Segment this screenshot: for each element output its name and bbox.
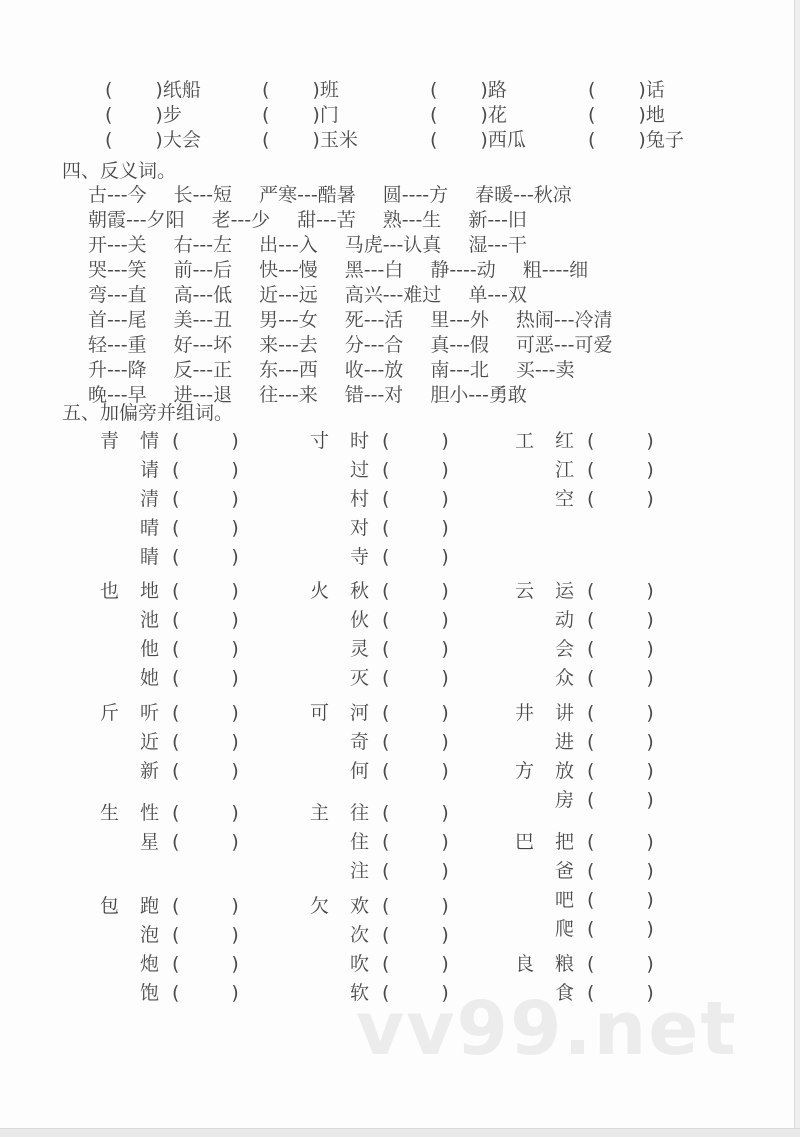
paren-open: ( [587, 887, 594, 916]
paren-close: ) [638, 129, 645, 151]
derived-char: 地 [140, 578, 172, 607]
radical-char [310, 607, 350, 636]
answer-blank [179, 607, 231, 636]
paren-open: ( [382, 486, 389, 515]
paren-open: ( [382, 951, 389, 980]
radical-group-row: 井讲() [515, 700, 654, 729]
paren-open: ( [382, 665, 389, 694]
blank-word: 班 [320, 79, 339, 101]
radical-group-row: 进() [515, 729, 654, 758]
antonym-pair: 马虎---认真 [345, 233, 442, 258]
derived-char: 注 [350, 858, 382, 887]
fill-blank-cell: ()纸船 [105, 78, 262, 103]
paren-close: ) [155, 79, 162, 101]
antonym-row: 首---尾美---丑男---女死---活里---外热闹---冷清 [88, 308, 778, 333]
derived-char: 对 [350, 515, 382, 544]
answer-blank [179, 578, 231, 607]
paren-open: ( [587, 700, 594, 729]
paren-open: ( [430, 79, 437, 101]
antonym-pair: 买---卖 [516, 358, 575, 383]
paren-open: ( [587, 829, 594, 858]
radical-char [515, 729, 555, 758]
radical-group-row: 吹() [310, 951, 449, 980]
radical-group-row: 工红() [515, 428, 654, 457]
radical-group: 火秋()伙()灵()灭() [310, 578, 449, 694]
paren-close: ) [646, 665, 653, 694]
paren-close: ) [480, 79, 487, 101]
derived-char: 动 [555, 607, 587, 636]
paren-open: ( [105, 104, 112, 126]
radical-char [310, 665, 350, 694]
blank-word: 兔子 [646, 129, 684, 151]
fill-blank-row: ()大会()玉米()西瓜()兔子 [105, 128, 765, 153]
paren-open: ( [587, 787, 594, 816]
derived-char: 近 [140, 729, 172, 758]
radical-char: 欠 [310, 893, 350, 922]
radical-char [515, 486, 555, 515]
fill-blank-cell: ()大会 [105, 128, 262, 153]
paren-close: ) [646, 607, 653, 636]
answer-blank [594, 758, 646, 787]
derived-char: 进 [555, 729, 587, 758]
radical-char: 方 [515, 758, 555, 787]
radical-char [515, 916, 555, 945]
derived-char: 炮 [140, 951, 172, 980]
answer-blank [594, 486, 646, 515]
radical-group-row: 房() [515, 787, 654, 816]
radical-group-row: 灭() [310, 665, 449, 694]
paren-open: ( [172, 729, 179, 758]
paren-open: ( [105, 129, 112, 151]
paren-close: ) [646, 887, 653, 916]
paren-close: ) [646, 758, 653, 787]
paren-open: ( [430, 129, 437, 151]
paren-close: ) [646, 916, 653, 945]
radical-char [100, 758, 140, 787]
antonym-pair: 新---旧 [468, 208, 527, 233]
radical-column-2: 寸时()过()村()对()寺()火秋()伙()灵()灭()可河()奇()何()主… [310, 428, 449, 1009]
radical-group-row: 众() [515, 665, 654, 694]
fill-blank-cell: ()兔子 [588, 128, 765, 153]
paren-close: ) [441, 951, 448, 980]
antonym-pair: 高---低 [174, 283, 233, 308]
radical-char [100, 922, 140, 951]
answer-blank [179, 457, 231, 486]
radical-group-row: 爬() [515, 916, 654, 945]
paren-open: ( [382, 922, 389, 951]
fill-blank-row: ()纸船()班()路()话 [105, 78, 765, 103]
scan-bottom-edge [0, 1128, 800, 1137]
radical-char [100, 515, 140, 544]
radical-char: 火 [310, 578, 350, 607]
radical-group: 寸时()过()村()对()寺() [310, 428, 449, 573]
answer-blank [179, 893, 231, 922]
answer-blank [179, 700, 231, 729]
answer-blank [594, 607, 646, 636]
paren-close: ) [231, 800, 238, 829]
radical-char [100, 665, 140, 694]
fill-blank-row: ()步()门()花()地 [105, 103, 765, 128]
radical-group-row: 火秋() [310, 578, 449, 607]
answer-blank [389, 486, 441, 515]
paren-close: ) [312, 79, 319, 101]
antonym-row: 朝霞---夕阳老---少甜---苦熟---生新---旧 [88, 208, 778, 233]
paren-close: ) [231, 544, 238, 573]
derived-char: 讲 [555, 700, 587, 729]
paren-close: ) [231, 428, 238, 457]
paren-open: ( [172, 457, 179, 486]
derived-char: 房 [555, 787, 587, 816]
answer-blank [389, 729, 441, 758]
paren-open: ( [172, 428, 179, 457]
paren-close: ) [155, 129, 162, 151]
fill-blank-cell: ()西瓜 [430, 128, 588, 153]
antonym-pair: 升---降 [88, 358, 147, 383]
paren-open: ( [382, 729, 389, 758]
derived-char: 河 [350, 700, 382, 729]
derived-char: 灭 [350, 665, 382, 694]
antonym-pair: 快---慢 [259, 258, 318, 283]
radical-group-row: 次() [310, 922, 449, 951]
radical-group-row: 睛() [100, 544, 239, 573]
radical-char [100, 607, 140, 636]
paren-open: ( [382, 607, 389, 636]
blank-word: 路 [488, 79, 507, 101]
fill-blank-section: ()纸船()班()路()话()步()门()花()地()大会()玉米()西瓜()兔… [105, 78, 765, 153]
radical-group-row: 池() [100, 607, 239, 636]
paren-open: ( [382, 858, 389, 887]
paren-close: ) [155, 104, 162, 126]
paren-open: ( [587, 636, 594, 665]
blank-word: 西瓜 [488, 129, 526, 151]
blank-word: 纸船 [163, 79, 201, 101]
antonym-pair: 黑---白 [345, 258, 404, 283]
radical-group: 方放()房() [515, 758, 654, 816]
fill-blank-cell: ()班 [262, 78, 430, 103]
antonym-pair: 甜---苦 [297, 208, 356, 233]
paren-open: ( [587, 916, 594, 945]
radical-char [310, 858, 350, 887]
antonym-pair: 男---女 [259, 308, 318, 333]
paren-open: ( [262, 79, 269, 101]
radical-char [310, 515, 350, 544]
answer-blank [179, 544, 231, 573]
derived-char: 往 [350, 800, 382, 829]
antonym-pair: 首---尾 [88, 308, 147, 333]
radical-group-row: 吧() [515, 887, 654, 916]
derived-char: 秋 [350, 578, 382, 607]
answer-blank [389, 515, 441, 544]
paren-close: ) [231, 922, 238, 951]
antonym-pair: 哭---笑 [88, 258, 147, 283]
derived-char: 清 [140, 486, 172, 515]
paren-close: ) [231, 457, 238, 486]
paren-close: ) [441, 893, 448, 922]
paren-close: ) [231, 980, 238, 1009]
answer-blank [594, 887, 646, 916]
paren-open: ( [262, 129, 269, 151]
paren-open: ( [588, 104, 595, 126]
paren-close: ) [638, 104, 645, 126]
paren-open: ( [382, 578, 389, 607]
paren-open: ( [587, 758, 594, 787]
radical-group-row: 也地() [100, 578, 239, 607]
paren-open: ( [172, 800, 179, 829]
answer-blank [179, 636, 231, 665]
radical-char [100, 951, 140, 980]
radical-char [100, 486, 140, 515]
radical-group-row: 泡() [100, 922, 239, 951]
paren-close: ) [441, 800, 448, 829]
paren-open: ( [587, 428, 594, 457]
antonyms-section: 古---今长---短严寒---酷暑圆----方春暖---秋凉朝霞---夕阳老--… [88, 183, 778, 408]
paren-open: ( [172, 700, 179, 729]
antonym-pair: 严寒---酷暑 [259, 183, 356, 208]
derived-char: 她 [140, 665, 172, 694]
derived-char: 奇 [350, 729, 382, 758]
blank-word: 大会 [163, 129, 201, 151]
radical-char [515, 665, 555, 694]
paren-close: ) [231, 636, 238, 665]
paren-open: ( [172, 544, 179, 573]
paren-open: ( [430, 104, 437, 126]
antonym-row: 开---关右---左出---入马虎---认真湿---干 [88, 233, 778, 258]
answer-blank [389, 700, 441, 729]
antonym-row: 古---今长---短严寒---酷暑圆----方春暖---秋凉 [88, 183, 778, 208]
paren-close: ) [231, 486, 238, 515]
antonym-pair: 分---合 [345, 333, 404, 358]
derived-char: 伙 [350, 607, 382, 636]
paren-close: ) [480, 104, 487, 126]
antonym-pair: 静----动 [430, 258, 495, 283]
blank-word: 玉米 [320, 129, 358, 151]
answer-blank [594, 787, 646, 816]
radical-char: 工 [515, 428, 555, 457]
antonym-pair: 胆小---勇敢 [430, 383, 527, 408]
paren-open: ( [172, 578, 179, 607]
paren-open: ( [172, 486, 179, 515]
paren-open: ( [382, 893, 389, 922]
radical-group-row: 炮() [100, 951, 239, 980]
fill-blank-cell: ()话 [588, 78, 765, 103]
antonym-pair: 来---去 [259, 333, 318, 358]
radical-group-row: 空() [515, 486, 654, 515]
answer-blank [594, 858, 646, 887]
fill-blank-cell: ()步 [105, 103, 262, 128]
radical-char: 生 [100, 800, 140, 829]
paren-close: ) [646, 951, 653, 980]
answer-blank [594, 428, 646, 457]
paren-open: ( [587, 607, 594, 636]
answer-blank [179, 486, 231, 515]
radical-group-row: 方放() [515, 758, 654, 787]
derived-char: 众 [555, 665, 587, 694]
antonym-pair: 春暖---秋凉 [475, 183, 572, 208]
paren-open: ( [382, 800, 389, 829]
radical-group-row: 爸() [515, 858, 654, 887]
answer-blank [594, 700, 646, 729]
paren-close: ) [441, 607, 448, 636]
radical-group-row: 晴() [100, 515, 239, 544]
paren-close: ) [231, 700, 238, 729]
answer-blank [179, 428, 231, 457]
radical-char: 青 [100, 428, 140, 457]
answer-blank [594, 829, 646, 858]
answer-blank [594, 951, 646, 980]
paren-close: ) [646, 787, 653, 816]
antonym-pair: 热闹---冷清 [516, 308, 613, 333]
radical-char [310, 486, 350, 515]
radical-group-row: 主往() [310, 800, 449, 829]
antonym-pair: 长---短 [174, 183, 233, 208]
answer-blank [594, 916, 646, 945]
answer-blank [389, 829, 441, 858]
paren-open: ( [382, 758, 389, 787]
paren-close: ) [441, 858, 448, 887]
paren-close: ) [441, 829, 448, 858]
radical-char [100, 980, 140, 1009]
radical-group-row: 青情() [100, 428, 239, 457]
radical-char: 斤 [100, 700, 140, 729]
watermark: vv99.net [356, 986, 738, 1072]
antonym-pair: 收---放 [345, 358, 404, 383]
blank-word: 门 [320, 104, 339, 126]
radical-group-row: 寸时() [310, 428, 449, 457]
paren-close: ) [638, 79, 645, 101]
paren-open: ( [172, 893, 179, 922]
antonym-row: 弯---直高---低近---远高兴---难过单---双 [88, 283, 778, 308]
paren-open: ( [105, 79, 112, 101]
answer-blank [179, 829, 231, 858]
radical-group-row: 动() [515, 607, 654, 636]
radical-char [515, 457, 555, 486]
fill-blank-cell: ()门 [262, 103, 430, 128]
radical-char [310, 457, 350, 486]
answer-blank [389, 607, 441, 636]
paren-close: ) [646, 428, 653, 457]
paren-open: ( [172, 515, 179, 544]
antonym-pair: 粗----细 [523, 258, 588, 283]
radical-char [310, 636, 350, 665]
antonym-pair: 弯---直 [88, 283, 147, 308]
answer-blank [179, 922, 231, 951]
radical-group-row: 住() [310, 829, 449, 858]
paren-close: ) [441, 544, 448, 573]
radical-group-row: 欠欢() [310, 893, 449, 922]
answer-blank [179, 800, 231, 829]
radical-group-row: 村() [310, 486, 449, 515]
paren-close: ) [231, 729, 238, 758]
antonym-pair: 熟---生 [383, 208, 442, 233]
radical-char [100, 457, 140, 486]
radical-column-1: 青情()请()清()晴()睛()也地()池()他()她()斤听()近()新()生… [100, 428, 239, 1009]
paren-close: ) [441, 486, 448, 515]
radical-group-row: 请() [100, 457, 239, 486]
radical-char [515, 858, 555, 887]
radical-char [100, 729, 140, 758]
paren-open: ( [382, 700, 389, 729]
paren-open: ( [172, 922, 179, 951]
radical-group-row: 奇() [310, 729, 449, 758]
answer-blank [594, 457, 646, 486]
radical-char: 也 [100, 578, 140, 607]
radical-group-row: 星() [100, 829, 239, 858]
antonym-pair: 南---北 [430, 358, 489, 383]
derived-char: 饱 [140, 980, 172, 1009]
antonym-pair: 往---来 [259, 383, 318, 408]
answer-blank [389, 665, 441, 694]
radical-group: 工红()江()空() [515, 428, 654, 515]
radical-char [515, 887, 555, 916]
answer-blank [179, 951, 231, 980]
paren-open: ( [587, 486, 594, 515]
radical-group-row: 饱() [100, 980, 239, 1009]
derived-char: 把 [555, 829, 587, 858]
paren-open: ( [172, 980, 179, 1009]
radical-char [515, 636, 555, 665]
paren-close: ) [646, 578, 653, 607]
paren-close: ) [312, 104, 319, 126]
antonym-pair: 圆----方 [383, 183, 448, 208]
radical-group-row: 包跑() [100, 893, 239, 922]
blank-word: 花 [488, 104, 507, 126]
radical-group-row: 巴把() [515, 829, 654, 858]
paren-open: ( [587, 858, 594, 887]
radical-char [310, 544, 350, 573]
radical-char: 主 [310, 800, 350, 829]
answer-blank [179, 515, 231, 544]
derived-char: 运 [555, 578, 587, 607]
paren-close: ) [231, 515, 238, 544]
radical-group-row: 何() [310, 758, 449, 787]
fill-blank-cell: ()地 [588, 103, 765, 128]
antonym-pair: 反---正 [174, 358, 233, 383]
radical-char: 巴 [515, 829, 555, 858]
derived-char: 粮 [555, 951, 587, 980]
paren-open: ( [588, 79, 595, 101]
radical-group: 斤听()近()新() [100, 700, 239, 787]
radical-char: 井 [515, 700, 555, 729]
paren-open: ( [382, 636, 389, 665]
answer-blank [389, 922, 441, 951]
derived-char: 池 [140, 607, 172, 636]
answer-blank [389, 858, 441, 887]
radical-group-row: 江() [515, 457, 654, 486]
radical-group-row: 云运() [515, 578, 654, 607]
derived-char: 晴 [140, 515, 172, 544]
derived-char: 灵 [350, 636, 382, 665]
paren-close: ) [646, 636, 653, 665]
derived-char: 听 [140, 700, 172, 729]
radical-group-row: 寺() [310, 544, 449, 573]
paren-close: ) [441, 758, 448, 787]
paren-open: ( [262, 104, 269, 126]
radical-group-row: 良粮() [515, 951, 654, 980]
radical-group-row: 近() [100, 729, 239, 758]
derived-char: 村 [350, 486, 382, 515]
derived-char: 会 [555, 636, 587, 665]
radical-group: 主往()住()注() [310, 800, 449, 887]
derived-char: 爸 [555, 858, 587, 887]
paren-close: ) [441, 700, 448, 729]
section4-title: 四、反义词。 [62, 159, 176, 183]
radical-char [100, 636, 140, 665]
paren-close: ) [231, 665, 238, 694]
antonym-pair: 美---丑 [174, 308, 233, 333]
answer-blank [389, 636, 441, 665]
antonym-pair: 朝霞---夕阳 [88, 208, 185, 233]
paren-close: ) [646, 457, 653, 486]
